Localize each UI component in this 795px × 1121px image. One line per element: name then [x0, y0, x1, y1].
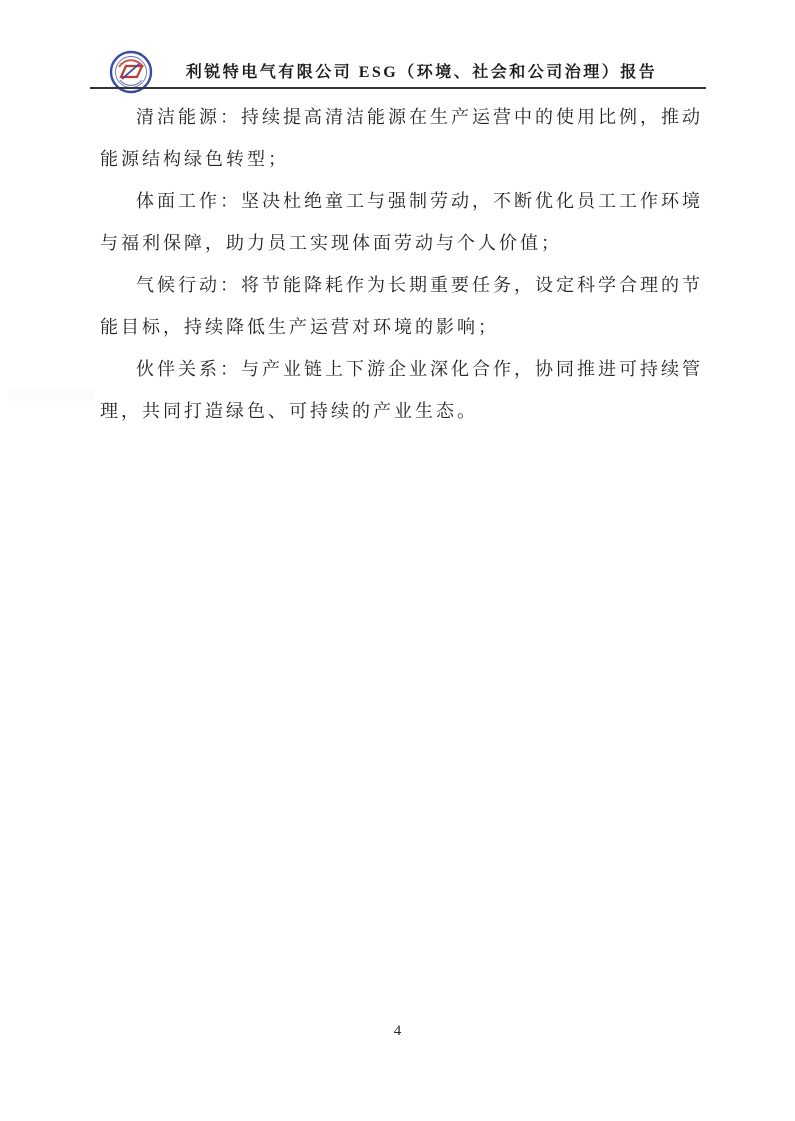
header-title: 利锐特电气有限公司 ESG（环境、社会和公司治理）报告 [0, 59, 795, 82]
paragraph-decent-work: 体面工作：坚决杜绝童工与强制劳动，不断优化员工工作环境与福利保障，助力员工实现体… [100, 180, 703, 264]
document-body: 清洁能源：持续提高清洁能源在生产运营中的使用比例，推动能源结构绿色转型； 体面工… [100, 96, 703, 432]
header-rule [90, 87, 706, 89]
page-number: 4 [394, 1023, 402, 1039]
document-page: 利锐特电气有限公司 ESG（环境、社会和公司治理）报告 清洁能源：持续提高清洁能… [0, 0, 795, 1121]
page-footer: 4 [0, 1022, 795, 1040]
page-header: 利锐特电气有限公司 ESG（环境、社会和公司治理）报告 [0, 0, 795, 90]
paragraph-clean-energy: 清洁能源：持续提高清洁能源在生产运营中的使用比例，推动能源结构绿色转型； [100, 96, 703, 180]
paragraph-climate-action: 气候行动：将节能降耗作为长期重要任务，设定科学合理的节能目标，持续降低生产运营对… [100, 264, 703, 348]
scan-artifact [8, 388, 94, 401]
paragraph-partnership: 伙伴关系：与产业链上下游企业深化合作，协同推进可持续管理，共同打造绿色、可持续的… [100, 348, 703, 432]
